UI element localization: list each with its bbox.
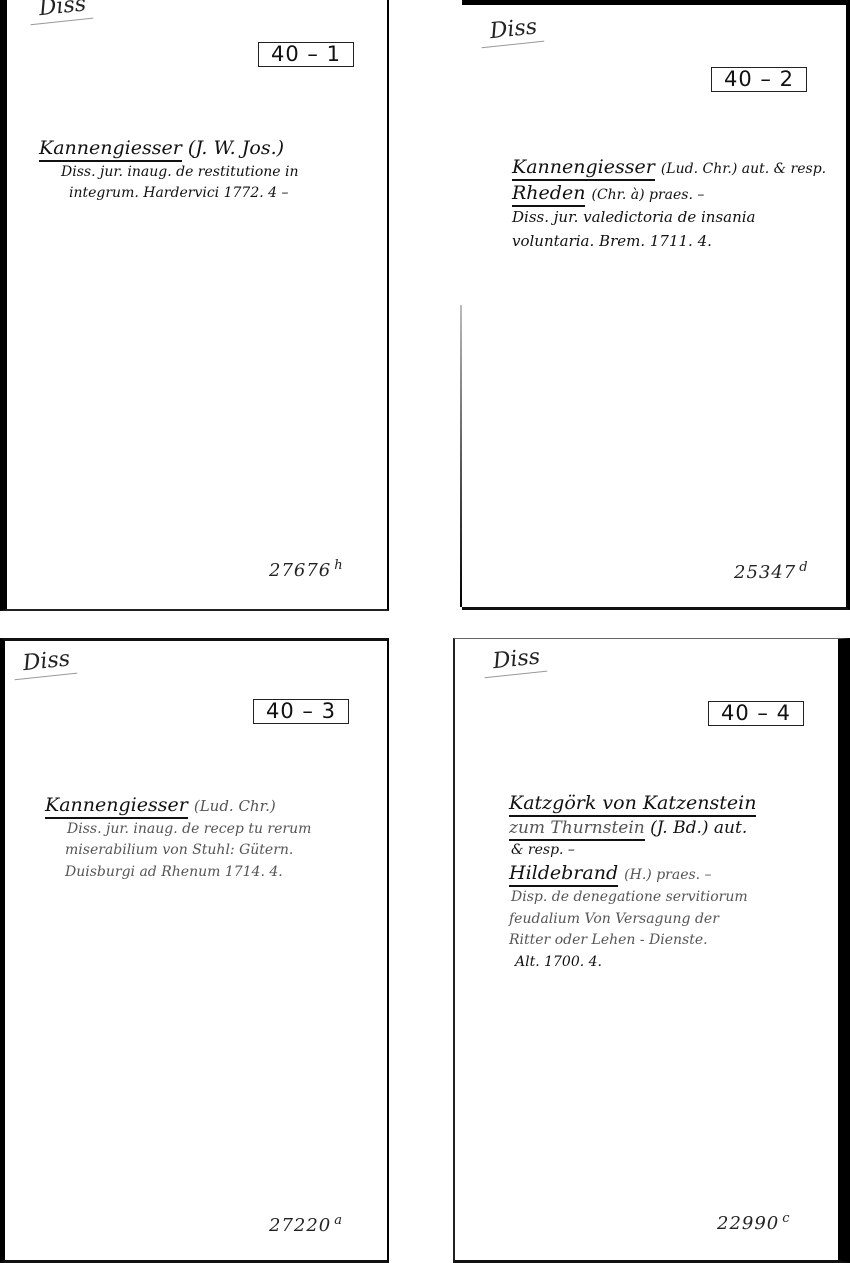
entry-line: feudalium Von Versagung der (509, 909, 756, 931)
accession-number: 22990c (717, 1211, 791, 1234)
entry-line: Diss. jur. inaug. de recep tu rerum (45, 819, 311, 841)
praeses-name: Rheden (512, 182, 585, 207)
shelfmark: 40 – 2 (711, 67, 807, 92)
entry-line: Diss. jur. inaug. de restitutione in (39, 162, 299, 184)
shelfmark: 40 – 3 (253, 699, 349, 724)
author-name: Kannengiesser (512, 156, 655, 181)
entry-line: integrum. Hardervici 1772. 4 – (39, 183, 299, 205)
author-name: Kannengiesser (45, 794, 188, 819)
catalog-card-1: Diss 40 – 1 Kannengiesser (J. W. Jos.) D… (0, 0, 389, 611)
author-initials: (Lud. Chr.) aut. & resp. (661, 161, 826, 177)
entry-line: Ritter oder Lehen - Dienste. (509, 930, 756, 952)
entry-line: Duisburgi ad Rhenum 1714. 4. (45, 862, 311, 884)
entry-line: voluntaria. Brem. 1711. 4. (512, 230, 826, 253)
shelfmark: 40 – 4 (708, 701, 804, 726)
author-initials: (J. W. Jos.) (188, 137, 284, 159)
praeses-role: (H.) praes. – (624, 867, 711, 883)
accession-number: 27220a (269, 1213, 343, 1236)
author-initials: (J. Bd.) aut. (650, 818, 747, 838)
author-name-continued: zum Thurnstein (509, 818, 645, 841)
entry-line: Diss. jur. valedictoria de insania (512, 206, 826, 229)
praeses-name: Hildebrand (509, 862, 618, 887)
author-initials: (Lud. Chr.) (194, 797, 276, 815)
accession-number: 25347d (734, 560, 809, 583)
entry-line: & resp. – (509, 840, 756, 862)
author-name: Kannengiesser (39, 137, 182, 162)
category-label: Diss (12, 646, 78, 680)
entry-line: Alt. 1700. 4. (509, 952, 756, 974)
catalog-card-3: Diss 40 – 3 Kannengiesser (Lud. Chr.) Di… (0, 638, 389, 1263)
category-label: Diss (28, 0, 94, 25)
accession-number: 27676h (269, 558, 344, 581)
praeses-role: (Chr. à) praes. – (591, 187, 704, 203)
catalog-entry: Kannengiesser (J. W. Jos.) Diss. jur. in… (39, 136, 299, 205)
entry-line: Disp. de denegatione servitiorum (509, 887, 756, 909)
catalog-entry: Kannengiesser (Lud. Chr.) aut. & resp. R… (512, 155, 826, 253)
author-name: Katzgörk von Katzenstein (509, 792, 756, 817)
shelfmark: 40 – 1 (258, 42, 354, 67)
card-edge (460, 305, 462, 607)
category-label: Diss (479, 14, 545, 48)
catalog-entry: Katzgörk von Katzenstein zum Thurnstein … (509, 791, 756, 974)
category-label: Diss (482, 644, 548, 678)
entry-line: miserabilium von Stuhl: Gütern. (45, 840, 311, 862)
catalog-entry: Kannengiesser (Lud. Chr.) Diss. jur. ina… (45, 793, 311, 884)
catalog-card-4: Diss 40 – 4 Katzgörk von Katzenstein zum… (453, 638, 850, 1263)
catalog-card-2: Diss 40 – 2 Kannengiesser (Lud. Chr.) au… (462, 0, 850, 610)
